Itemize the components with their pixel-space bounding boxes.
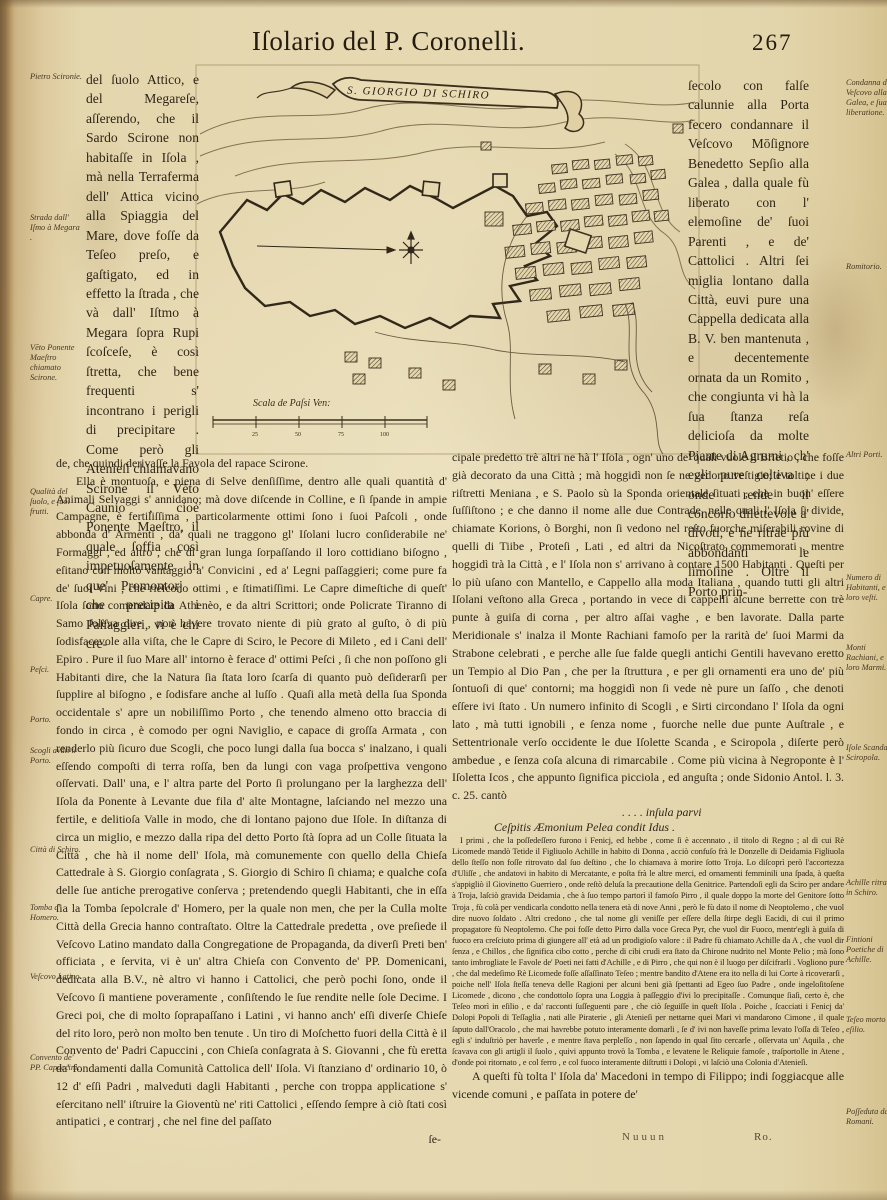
margin-note: Porto. <box>30 715 82 725</box>
svg-text:75: 75 <box>338 432 344 438</box>
margin-note: Monti Rachiani, e loro Marmi. <box>846 643 887 673</box>
page-edge-shadow <box>0 0 14 1200</box>
margin-note: Altri Porti. <box>846 450 887 460</box>
paragraph: A queſti fù tolta l' Iſola da' Macedoni … <box>452 1068 844 1104</box>
margin-note: Achille ritratto in Schiro. <box>846 878 887 898</box>
margin-note: Pietro Scironie. <box>30 72 82 82</box>
margin-note: Convento de' PP. Capuccini. <box>30 1053 82 1073</box>
page-edge-shadow <box>0 0 887 8</box>
paragraph-small-type: I primi , che la poſſedeſſero furono i F… <box>452 835 844 1068</box>
margin-note: Qualità del ſuolo, e ſuoi frutti. <box>30 487 82 517</box>
page-number: 267 <box>752 30 793 56</box>
scale-tick-numbers: 25 50 75 100 <box>252 432 389 438</box>
margin-note: Poſſeduta da' Romani. <box>846 1107 887 1127</box>
left-wide-column: de, che quindi derivaſſe la Favola del r… <box>56 455 447 1149</box>
right-wide-column: cipale predetto trè altri ne hà l' Iſola… <box>452 449 844 1104</box>
plate-border <box>196 65 699 454</box>
margin-note: Teſeo morto in eſilio. <box>846 1015 887 1035</box>
paragraph: cipale predetto trè altri ne hà l' Iſola… <box>452 449 844 805</box>
engraved-map-schiro: S. GIORGIO DI SCHIRO <box>195 64 700 456</box>
margin-note: Veſcovo Latino. <box>30 972 82 982</box>
margin-note: Fintioni Poetiche di Achille. <box>846 935 887 965</box>
margin-note: Tomba d' Homero. <box>30 903 82 923</box>
margin-note: Romitorio. <box>846 262 887 272</box>
scale-bar: Scala de Paſsi Ven: 25 50 75 100 <box>213 398 427 438</box>
margin-note: Scogli avāti il Porto. <box>30 746 82 766</box>
margin-note: Città di Schiro. <box>30 845 82 855</box>
svg-text:100: 100 <box>380 432 389 438</box>
margin-note: Iſole Scanda, e Sciropola. <box>846 743 887 763</box>
svg-text:25: 25 <box>252 432 258 438</box>
map-title-banner: S. GIORGIO DI SCHIRO <box>257 78 584 132</box>
page-edge-shadow <box>0 1190 887 1200</box>
paragraph: Ella è montuoſa, e piena di Selve denſiſ… <box>56 473 447 1131</box>
margin-note: Condanna del Veſcovo alla Galea, e ſua l… <box>846 78 887 118</box>
compass-rose <box>399 232 423 264</box>
catchword: Ro. <box>754 1131 773 1143</box>
margin-note: Peſci. <box>30 665 82 675</box>
book-page: Iſolario del P. Coronelli. 267 <box>0 0 887 1200</box>
margin-note: Vēto Ponente Maeſtro chiamato Scirone. <box>30 343 82 383</box>
verse-line: . . . . inſula parvi <box>452 805 844 820</box>
paragraph: de, che quindi derivaſſe la Favola del r… <box>56 455 447 473</box>
catchword: ſe- <box>56 1131 447 1149</box>
verse-line: Ceſpitis Æmonium Pelea condit Idus . <box>452 820 844 835</box>
svg-text:50: 50 <box>295 432 301 438</box>
margin-note: Numero di Habitanti, e loro veſti. <box>846 573 887 603</box>
map-engraving: S. GIORGIO DI SCHIRO <box>195 64 700 456</box>
scale-bar-label: Scala de Paſsi Ven: <box>253 398 330 409</box>
terrain-hatching <box>197 100 695 289</box>
margin-note: Capre. <box>30 594 82 604</box>
signature-mark: Nuuun <box>622 1131 667 1143</box>
margin-note: Strada dall' Iſmo à Megara . <box>30 213 82 243</box>
